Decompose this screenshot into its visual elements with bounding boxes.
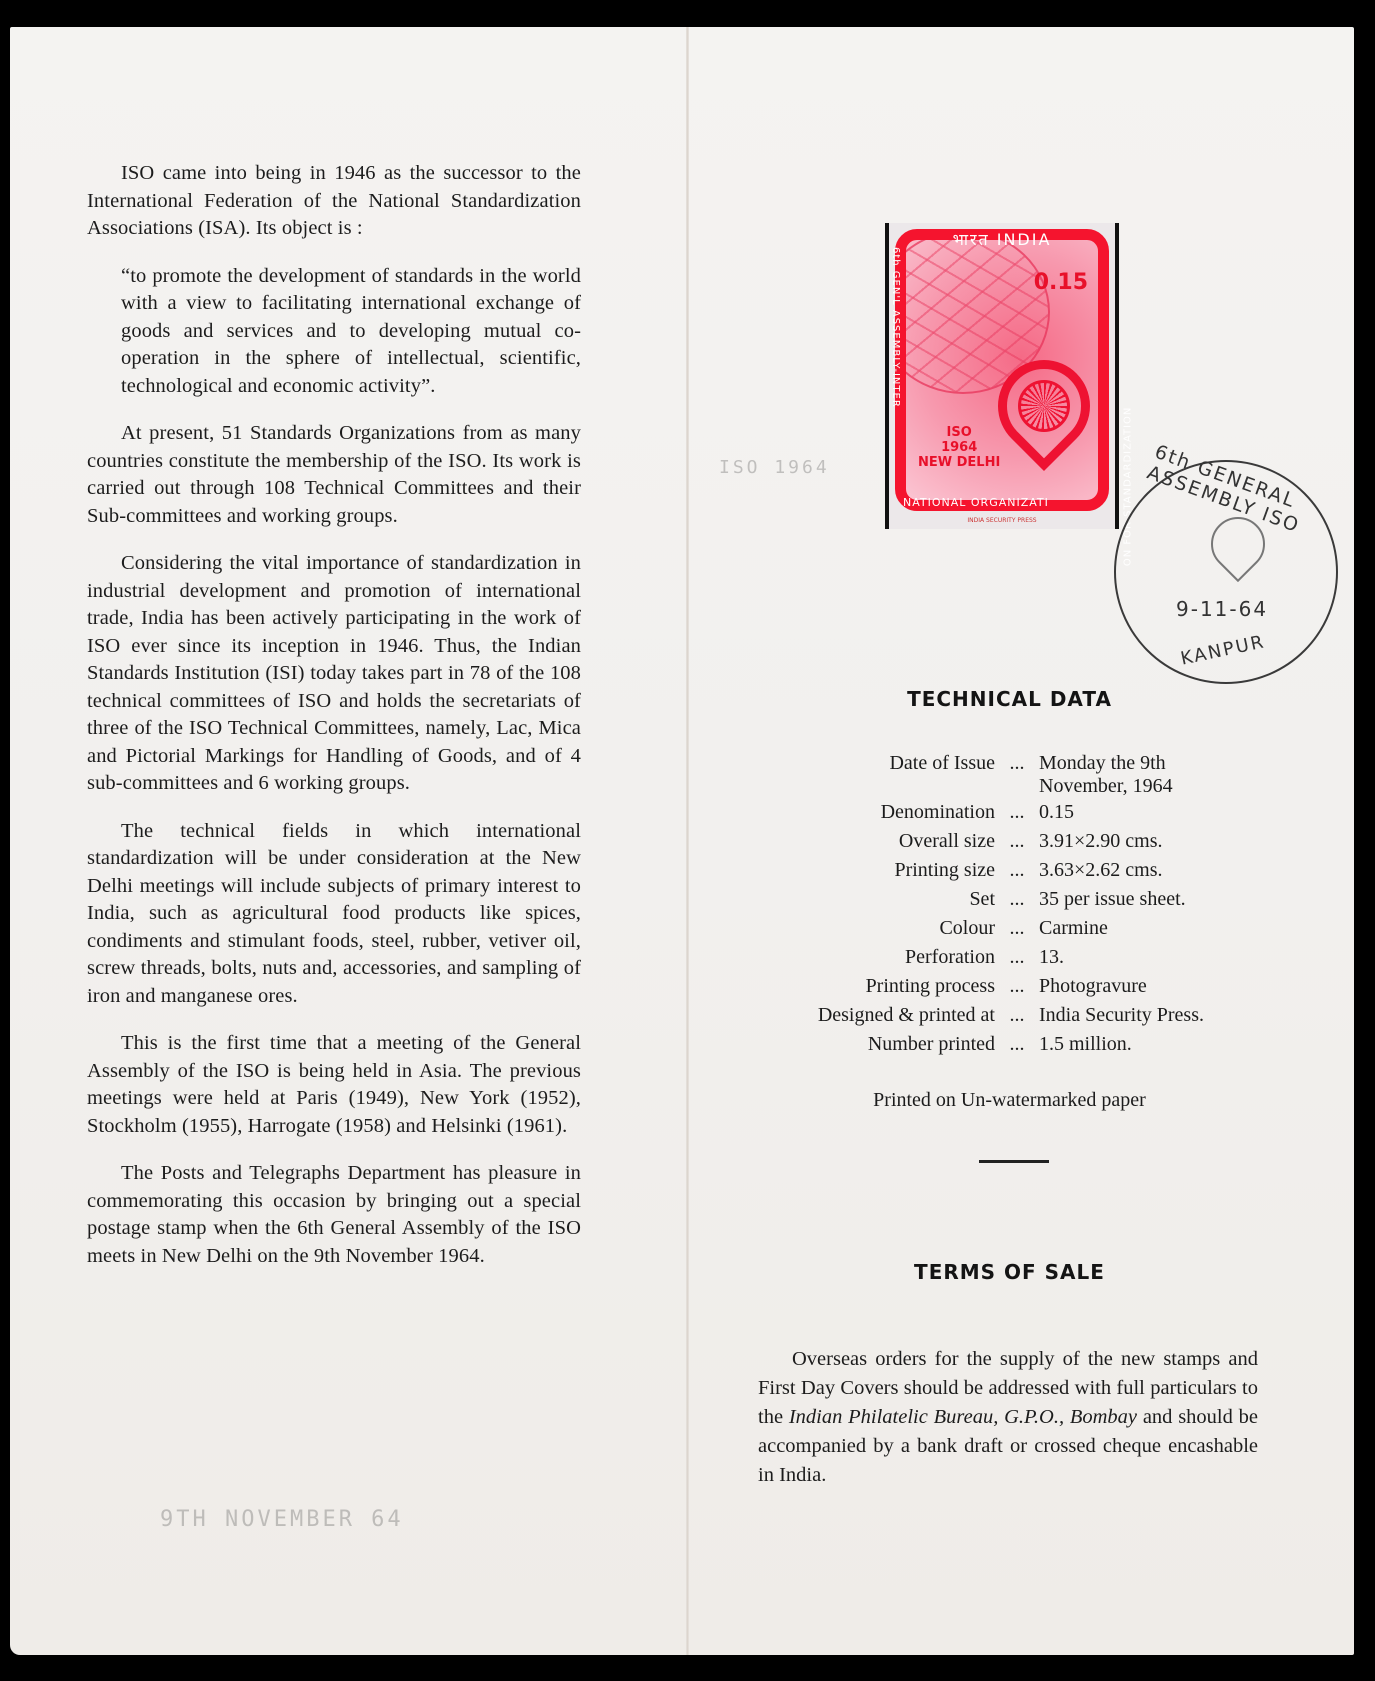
stamp-bottom-text: NATIONAL ORGANIZATI [903,496,1049,509]
stamp-value: 0.15 [1034,270,1088,295]
row-label: Overall size [709,827,995,856]
row-separator: ... [995,1001,1039,1030]
row-label: Denomination [709,798,995,827]
technical-data-row: Colour...Carmine [709,914,1349,943]
technical-data-table: Date of Issue...Monday the 9th November,… [709,749,1349,1059]
stamp-frame: 0.15 ISO 1964 NEW DELHI [895,229,1109,511]
postmark-cancellation: 6th GENERAL ASSEMBLY ISO 9-11-64 KANPUR [1114,460,1338,684]
address-text: Indian Philatelic Bureau, G.P.O., Bombay [789,1406,1137,1428]
terms-of-sale-heading: TERMS OF SALE [677,1260,1342,1284]
paragraph: This is the first time that a meeting of… [87,1030,581,1140]
stamp-caption: ISO 1964 NEW DELHI [918,425,1000,470]
technical-data-heading: TECHNICAL DATA [677,687,1342,711]
row-label: Set [709,885,995,914]
stamp-caption-line: NEW DELHI [918,455,1000,470]
technical-data-row: Overall size...3.91×2.90 cms. [709,827,1349,856]
show-through-text: 9TH NOVEMBER 64 [160,1507,404,1532]
row-value: Carmine [1039,914,1349,943]
row-separator: ... [995,856,1039,885]
stamp-folder-sheet: ISO came into being in 1946 as the succe… [10,27,1354,1655]
technical-data-row: Printing size...3.63×2.62 cms. [709,856,1349,885]
row-separator: ... [995,798,1039,827]
row-label: Date of Issue [709,749,995,798]
technical-data-row: Printing process...Photogravure [709,972,1349,1001]
technical-data-row: Set...35 per issue sheet. [709,885,1349,914]
postmark-city: KANPUR [1179,631,1267,669]
stamp-caption-line: ISO [918,425,1000,440]
row-separator: ... [995,972,1039,1001]
row-separator: ... [995,885,1039,914]
row-label: Designed & printed at [709,1001,995,1030]
row-value: Monday the 9th November, 1964 [1039,749,1349,798]
stamp-printer: INDIA SECURITY PRESS [889,517,1115,524]
row-value: 13. [1039,943,1349,972]
left-page: ISO came into being in 1946 as the succe… [10,27,686,1655]
paragraph: Considering the vital importance of stan… [87,550,581,798]
stamp-country: भारत INDIA [909,228,1095,250]
row-value: 35 per issue sheet. [1039,885,1349,914]
row-label: Printing size [709,856,995,885]
technical-data-row: Number printed...1.5 million. [709,1030,1349,1059]
section-divider [979,1160,1049,1163]
paper-note: Printed on Un-watermarked paper [677,1089,1342,1112]
row-separator: ... [995,1030,1039,1059]
row-value: 3.63×2.62 cms. [1039,856,1349,885]
row-label: Number printed [709,1030,995,1059]
stamp-left-text: 6th GEN'L ASSEMBLY-INTER [890,247,901,408]
technical-data-row: Date of Issue...Monday the 9th November,… [709,749,1349,798]
ashoka-chakra-icon [1018,380,1070,432]
paragraph: The technical fields in which internatio… [87,818,581,1011]
terms-of-sale-body: Overseas orders for the supply of the ne… [758,1345,1258,1490]
row-separator: ... [995,914,1039,943]
row-value: Photogravure [1039,972,1349,1001]
row-value: 3.91×2.90 cms. [1039,827,1349,856]
right-page: ISO 1964 0.15 ISO 1964 NEW DELHI भारत IN… [689,27,1354,1655]
row-separator: ... [995,943,1039,972]
stamp-caption-line: 1964 [918,440,1000,455]
technical-data-row: Perforation...13. [709,943,1349,972]
row-label: Printing process [709,972,995,1001]
left-page-body: ISO came into being in 1946 as the succe… [87,160,581,1290]
postage-stamp: 0.15 ISO 1964 NEW DELHI भारत INDIA 6th G… [889,223,1115,529]
row-value: 1.5 million. [1039,1030,1349,1059]
paragraph: ISO came into being in 1946 as the succe… [87,160,581,243]
row-separator: ... [995,827,1039,856]
postmark-date: 9-11-64 [1176,597,1268,621]
technical-data-row: Designed & printed at...India Security P… [709,1001,1349,1030]
row-label: Colour [709,914,995,943]
paragraph: “to promote the development of standards… [121,263,581,401]
show-through-text: ISO 1964 [719,457,830,478]
row-separator: ... [995,749,1039,798]
technical-data-row: Denomination...0.15 [709,798,1349,827]
paragraph: The Posts and Telegraphs Department has … [87,1160,581,1270]
row-value: India Security Press. [1039,1001,1349,1030]
row-label: Perforation [709,943,995,972]
row-value: 0.15 [1039,798,1349,827]
paragraph: At present, 51 Standards Organizations f… [87,420,581,530]
